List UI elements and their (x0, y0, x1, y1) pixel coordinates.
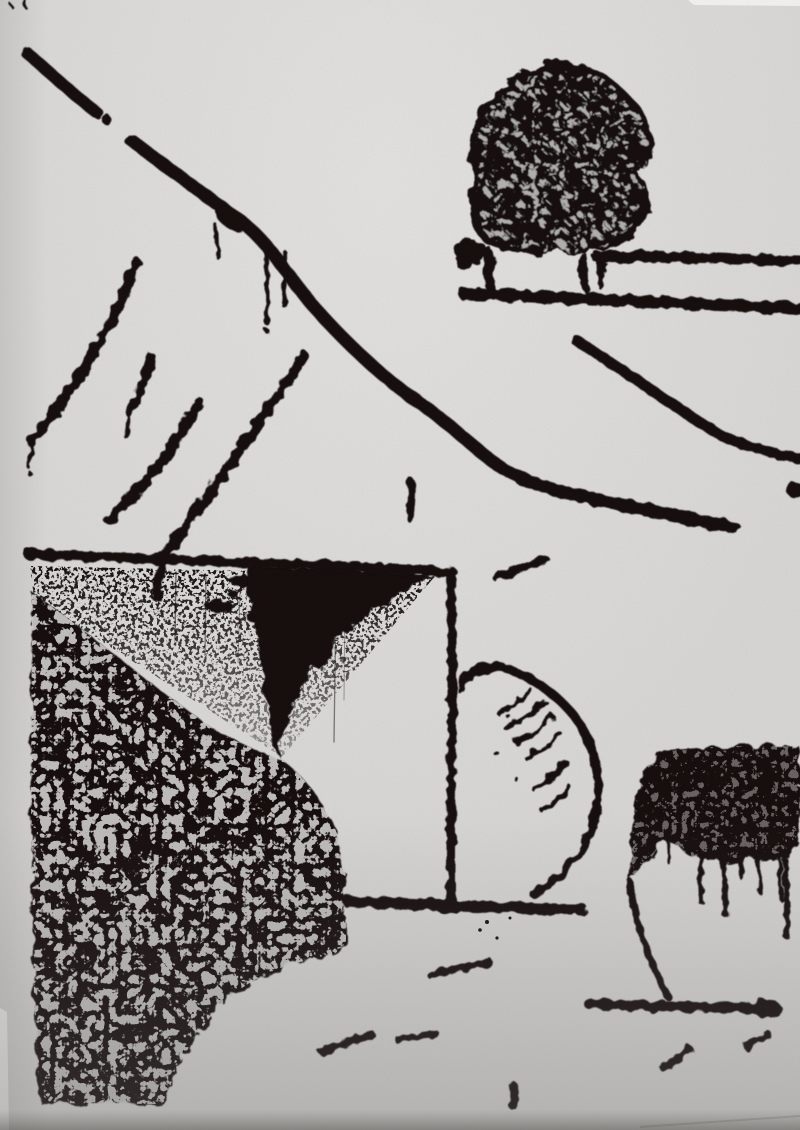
photo-shadows (0, 0, 800, 1130)
paper-grain (0, 0, 800, 1130)
artwork-photo (0, 0, 800, 1130)
artwork-canvas (0, 0, 800, 1130)
